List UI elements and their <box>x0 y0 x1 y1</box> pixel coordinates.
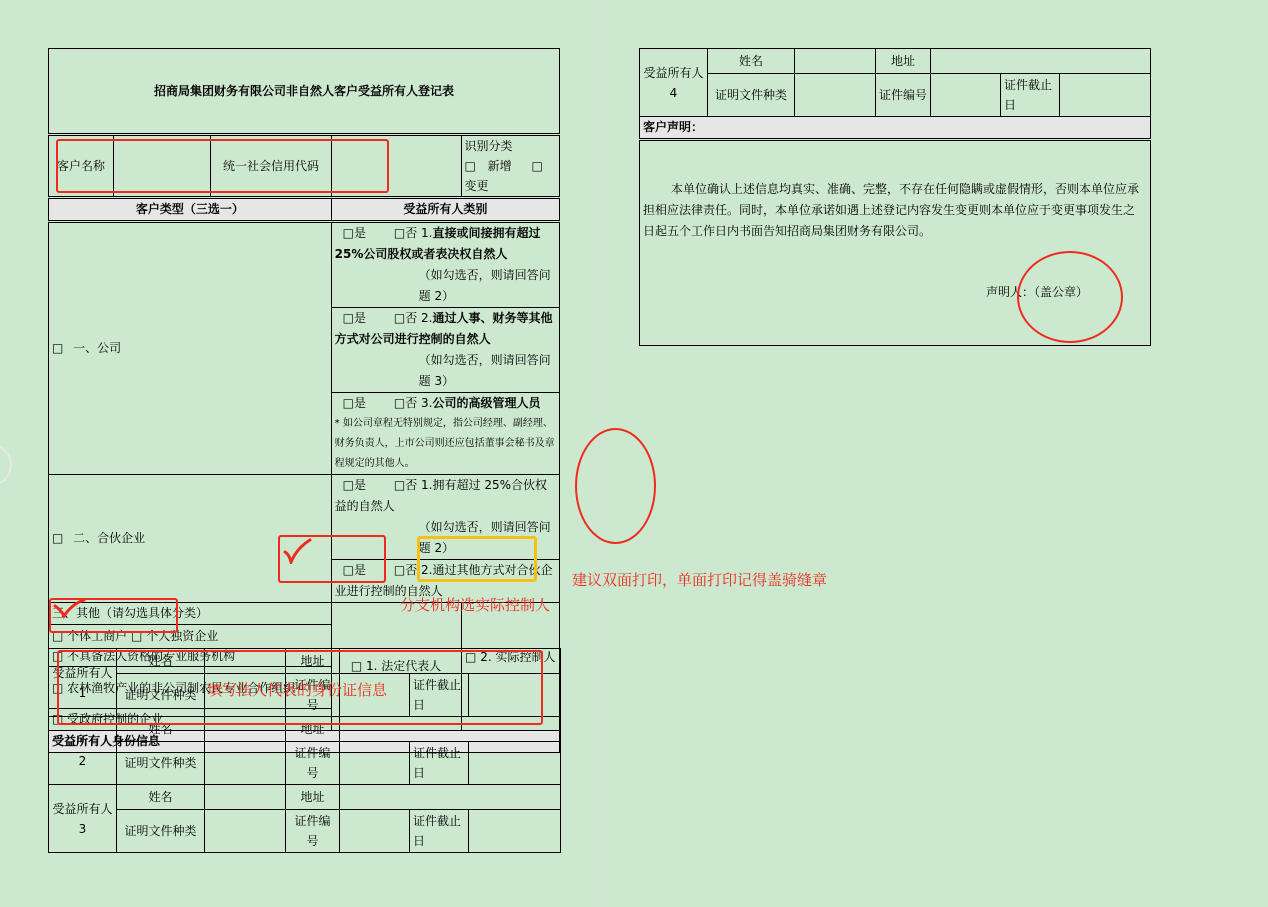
address-label: 地址 <box>876 49 931 74</box>
beneficiary-label: 受益所有人 4 <box>640 49 708 117</box>
question-number: 1. <box>421 478 432 492</box>
expiry-label: 证件截止日 <box>410 810 469 853</box>
question-note: （如勾选否，则请回答问题 2） <box>335 265 556 307</box>
question-text: 直接或间接拥有超过 25%公司股权或者表决权自然人 <box>335 226 541 261</box>
question-number: 2. <box>421 311 432 325</box>
checkbox-q3-no[interactable]: □ <box>370 396 405 410</box>
doc-type-field[interactable] <box>205 810 286 853</box>
checkbox-q3-yes[interactable]: □ <box>335 396 354 410</box>
expiry-label: 证件截止日 <box>1001 74 1060 117</box>
beneficiary-category-header: 受益所有人类别 <box>331 198 559 222</box>
classification-cell: 识别分类 □ 新增 □ 变更 <box>461 135 560 198</box>
seam-seal-ellipse <box>575 428 656 544</box>
name-field[interactable] <box>795 49 876 74</box>
yes-label: 是 <box>354 396 366 410</box>
declaration-body: 本单位确认上述信息均真实、准确、完整，不存在任何隐瞒或虚假情形，否则本单位应承担… <box>643 179 1147 242</box>
company-label: 一、公司 <box>73 341 121 355</box>
checkbox-p1-no[interactable]: □ <box>370 478 405 492</box>
address-field[interactable] <box>340 785 561 810</box>
checkbox-company[interactable]: □ <box>52 341 63 355</box>
name-field[interactable] <box>205 785 286 810</box>
no-label: 否 <box>405 563 417 577</box>
doc-type-label: 证明文件种类 <box>708 74 795 117</box>
no-label: 否 <box>405 396 417 410</box>
checkbox-new[interactable]: □ <box>465 159 476 173</box>
doc-type-field[interactable] <box>795 74 876 117</box>
form-title: 招商局集团财务有限公司非自然人客户受益所有人登记表 <box>49 49 560 135</box>
customer-type-company[interactable]: □ 一、公司 <box>49 222 332 475</box>
checkbox-q1-no[interactable]: □ <box>370 226 405 240</box>
question-note: （如勾选否，则请回答问题 3） <box>335 350 556 392</box>
actual-controller-highlight <box>417 536 537 582</box>
company-question-3: □是 □否 3.公司的高级管理人员 * 如公司章程无特别规定，指公司经理、副经理… <box>331 393 559 475</box>
checkmark-icon <box>282 538 314 564</box>
no-label: 否 <box>405 311 417 325</box>
customer-info-highlight <box>56 139 389 193</box>
checkmark-icon <box>52 598 88 620</box>
checkbox-q2-yes[interactable]: □ <box>335 311 354 325</box>
beneficiary-label: 受益所有人 2 <box>49 717 117 785</box>
option-change: 变更 <box>465 176 557 196</box>
expiry-label: 证件截止日 <box>410 742 469 785</box>
yes-label: 是 <box>354 478 366 492</box>
checkbox-p1-yes[interactable]: □ <box>335 478 354 492</box>
beneficiary-label: 受益所有人 3 <box>49 785 117 853</box>
checkbox-change[interactable]: □ <box>532 159 543 173</box>
doc-type-label: 证明文件种类 <box>117 810 205 853</box>
seal-ellipse <box>1017 251 1123 343</box>
yes-label: 是 <box>354 311 366 325</box>
scroll-indicator <box>0 444 12 486</box>
doc-number-label: 证件编号 <box>876 74 931 117</box>
declaration-header: 客户声明： <box>640 117 1151 140</box>
company-question-2: □是 □否 2.通过人事、财务等其他方式对公司进行控制的自然人 （如勾选否，则请… <box>331 308 559 393</box>
no-label: 否 <box>405 478 417 492</box>
doc-number-field[interactable] <box>340 742 410 785</box>
doc-type-label: 证明文件种类 <box>117 742 205 785</box>
question-number: 3. <box>421 396 432 410</box>
branch-note: 分支机构选实际控制人 <box>400 594 550 615</box>
no-label: 否 <box>405 226 417 240</box>
address-field[interactable] <box>931 49 1151 74</box>
doc-number-label: 证件编号 <box>286 742 340 785</box>
fill-note: 填写法人代表的身份证信息 <box>207 679 387 700</box>
print-note: 建议双面打印，单面打印记得盖骑缝章 <box>572 569 827 590</box>
question-number: 1. <box>421 226 432 240</box>
question-text: 通过人事、财务等其他方式对公司进行控制的自然人 <box>335 311 553 346</box>
option-new: 新增 <box>488 159 512 173</box>
question-text: 拥有超过 25%合伙权益的自然人 <box>335 478 547 513</box>
doc-number-field[interactable] <box>931 74 1001 117</box>
expiry-field[interactable] <box>1060 74 1151 117</box>
checkbox-q2-no[interactable]: □ <box>370 311 405 325</box>
question-text: 公司的高级管理人员 <box>433 396 541 410</box>
customer-type-header: 客户类型（三选一） <box>49 198 332 222</box>
expiry-field[interactable] <box>469 810 561 853</box>
expiry-field[interactable] <box>469 742 561 785</box>
yes-label: 是 <box>354 226 366 240</box>
name-label: 姓名 <box>708 49 795 74</box>
checkbox-q1-yes[interactable]: □ <box>335 226 354 240</box>
partnership-label: 二、合伙企业 <box>73 531 145 545</box>
question-footnote: * 如公司章程无特别规定，指公司经理、副经理、财务负责人，上市公司则还应包括董事… <box>335 414 556 474</box>
company-question-1: □是 □否 1.直接或间接拥有超过 25%公司股权或者表决权自然人 （如勾选否，… <box>331 222 559 308</box>
address-label: 地址 <box>286 785 340 810</box>
checkbox-partnership[interactable]: □ <box>52 531 63 545</box>
doc-type-field[interactable] <box>205 742 286 785</box>
classification-label: 识别分类 <box>465 136 557 156</box>
name-label: 姓名 <box>117 785 205 810</box>
doc-number-field[interactable] <box>340 810 410 853</box>
doc-number-label: 证件编号 <box>286 810 340 853</box>
